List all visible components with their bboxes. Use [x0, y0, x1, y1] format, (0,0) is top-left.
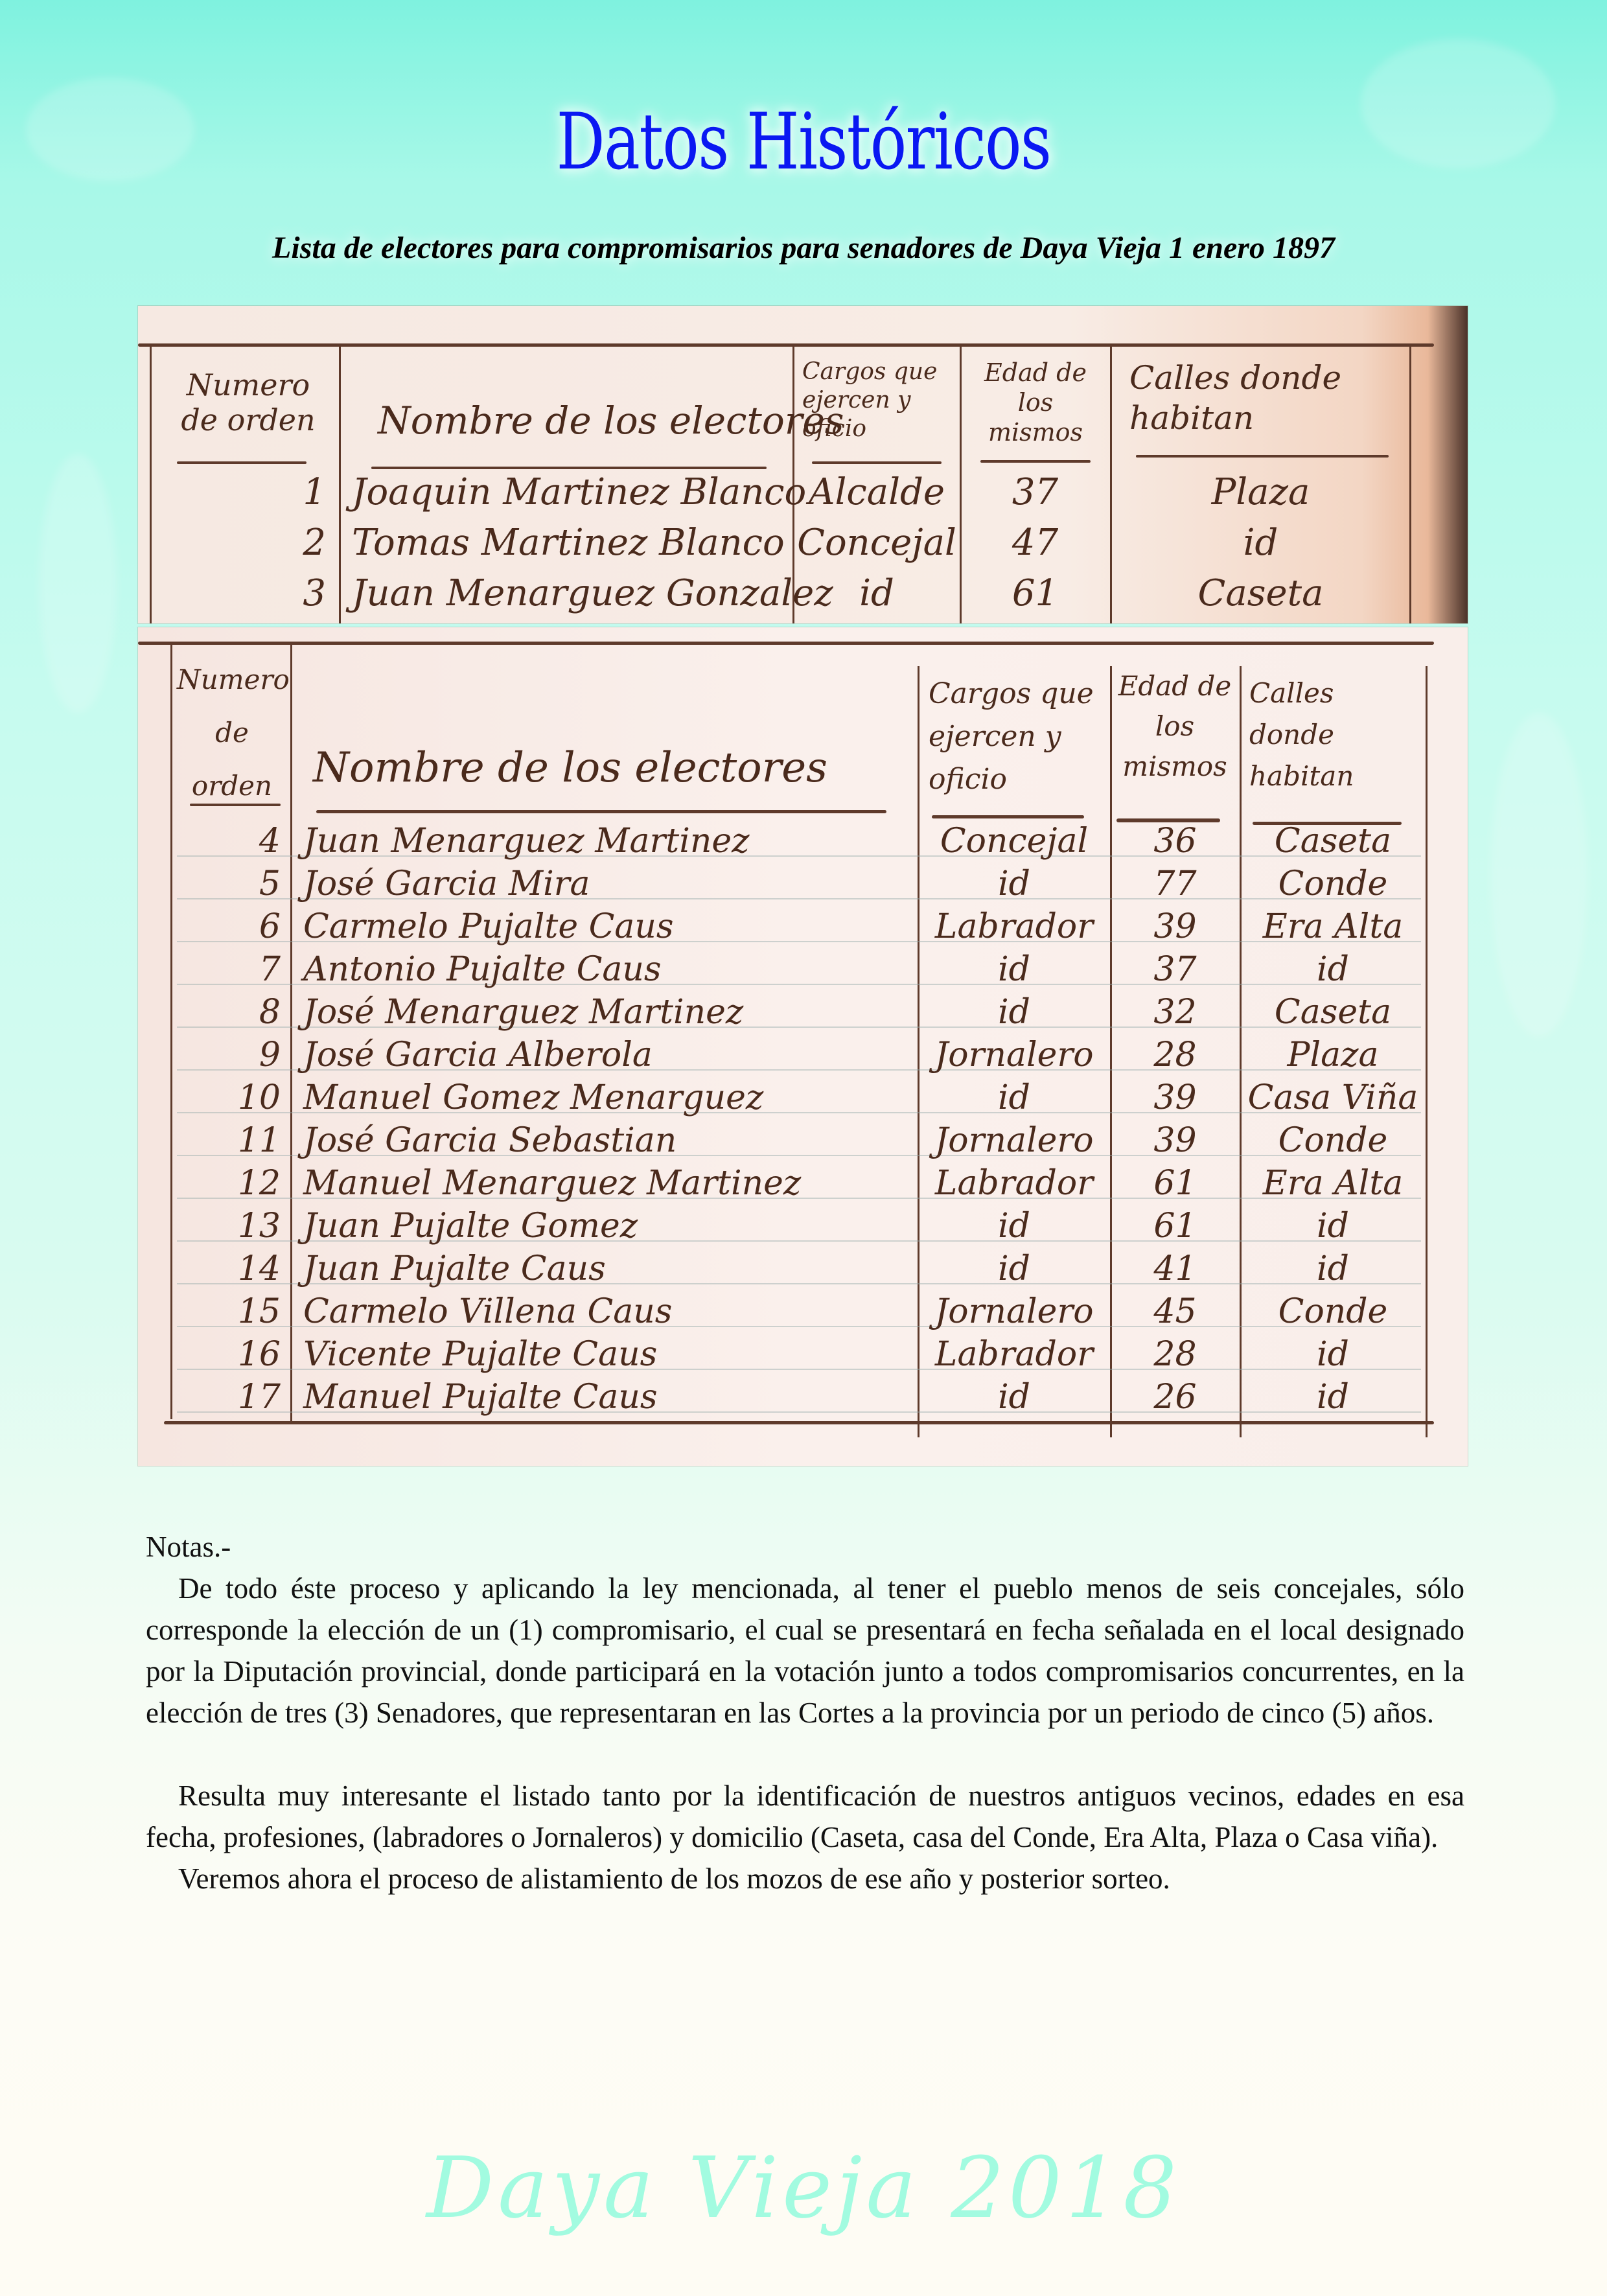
- header-underline: [932, 815, 1084, 818]
- elector-street: Casa Viña: [1242, 1078, 1424, 1117]
- elector-age: 41: [1112, 1249, 1238, 1288]
- elector-street: id: [1242, 950, 1424, 989]
- row-number: 5: [203, 864, 281, 903]
- elector-street: Conde: [1242, 1121, 1424, 1160]
- elector-age: 28: [1112, 1036, 1238, 1074]
- elector-name: José Menarguez Martinez: [303, 993, 743, 1032]
- notes-paragraph: Resulta muy interesante el listado tanto…: [146, 1775, 1464, 1858]
- elector-street: id: [1242, 1335, 1424, 1374]
- background-texture: [1490, 713, 1588, 1037]
- notes-section: Notas.- De todo éste proceso y aplicando…: [146, 1526, 1464, 1899]
- elector-name: Joaquin Martinez Blanco: [352, 471, 806, 513]
- row-number: 7: [203, 950, 281, 989]
- elector-cargo: id: [919, 1378, 1109, 1417]
- elector-name: Carmelo Villena Caus: [303, 1292, 673, 1331]
- column-divider: [170, 642, 172, 1419]
- column-divider: [1426, 666, 1428, 1437]
- elector-name: Juan Menarguez Martinez: [303, 822, 750, 861]
- header-numero: Numero de orden: [170, 367, 326, 437]
- elector-name: Juan Pujalte Caus: [303, 1249, 606, 1288]
- elector-cargo: id: [919, 1078, 1109, 1117]
- header-calle: Calles donde habitan: [1129, 358, 1402, 438]
- elector-cargo: Labrador: [919, 1164, 1109, 1203]
- elector-cargo: Concejal: [796, 522, 958, 564]
- header-underline: [812, 461, 942, 464]
- page-subtitle: Lista de electores para compromisarios p…: [0, 230, 1607, 266]
- elector-cargo: Jornalero: [919, 1292, 1109, 1331]
- notes-paragraph: De todo éste proceso y aplicando la ley …: [146, 1568, 1464, 1734]
- elector-street: Era Alta: [1242, 907, 1424, 946]
- elector-age: 47: [962, 522, 1108, 564]
- document-scan-part-2: Numero de orden Nombre de los electores …: [138, 627, 1468, 1466]
- elector-age: 61: [1112, 1207, 1238, 1246]
- header-nombre: Nombre de los electores: [313, 750, 827, 785]
- row-number: 10: [203, 1078, 281, 1117]
- elector-street: Conde: [1242, 1292, 1424, 1331]
- elector-street: Plaza: [1242, 1036, 1424, 1074]
- row-number: 6: [203, 907, 281, 946]
- elector-street: Caseta: [1113, 572, 1408, 614]
- header-calle: Calles donde habitan: [1249, 673, 1418, 797]
- elector-name: José Garcia Alberola: [303, 1036, 653, 1074]
- elector-name: Tomas Martinez Blanco: [352, 522, 785, 564]
- header-underline: [1136, 455, 1389, 458]
- elector-cargo: Jornalero: [919, 1036, 1109, 1074]
- elector-street: id: [1113, 522, 1408, 564]
- elector-cargo: id: [919, 950, 1109, 989]
- row-number: 13: [203, 1207, 281, 1246]
- column-divider: [339, 345, 341, 623]
- elector-cargo: Alcalde: [796, 471, 958, 513]
- background-texture: [39, 454, 117, 713]
- header-cargo: Cargos que ejercen y oficio: [929, 673, 1104, 801]
- column-divider: [1409, 345, 1411, 623]
- elector-name: Manuel Menarguez Martinez: [303, 1164, 801, 1203]
- elector-cargo: Labrador: [919, 907, 1109, 946]
- elector-cargo: id: [919, 1207, 1109, 1246]
- elector-street: id: [1242, 1378, 1424, 1417]
- elector-name: José Garcia Sebastian: [303, 1121, 676, 1160]
- elector-street: Conde: [1242, 864, 1424, 903]
- elector-age: 39: [1112, 907, 1238, 946]
- elector-street: Era Alta: [1242, 1164, 1424, 1203]
- elector-cargo: id: [919, 864, 1109, 903]
- table-bottom-rule: [164, 1421, 1434, 1424]
- row-number: 16: [203, 1335, 281, 1374]
- column-divider: [1110, 345, 1112, 623]
- elector-age: 37: [962, 471, 1108, 513]
- elector-name: Carmelo Pujalte Caus: [303, 907, 674, 946]
- row-number: 8: [203, 993, 281, 1032]
- elector-street: Caseta: [1242, 822, 1424, 861]
- row-number: 12: [203, 1164, 281, 1203]
- row-number: 1: [248, 471, 326, 513]
- row-number: 11: [203, 1121, 281, 1160]
- elector-cargo: id: [796, 572, 958, 614]
- elector-cargo: Jornalero: [919, 1121, 1109, 1160]
- row-number: 2: [248, 522, 326, 564]
- row-number: 9: [203, 1036, 281, 1074]
- column-divider: [960, 345, 962, 623]
- elector-age: 61: [962, 572, 1108, 614]
- elector-age: 61: [1112, 1164, 1238, 1203]
- notes-paragraph: Veremos ahora el proceso de alistamiento…: [146, 1858, 1464, 1899]
- elector-age: 39: [1112, 1078, 1238, 1117]
- elector-age: 37: [1112, 950, 1238, 989]
- elector-age: 39: [1112, 1121, 1238, 1160]
- elector-cargo: Labrador: [919, 1335, 1109, 1374]
- elector-name: Manuel Gomez Menarguez: [303, 1078, 763, 1117]
- elector-cargo: Concejal: [919, 822, 1109, 861]
- header-edad: Edad de los mismos: [971, 358, 1100, 447]
- elector-name: Vicente Pujalte Caus: [303, 1335, 657, 1374]
- header-underline: [371, 467, 767, 469]
- elector-street: id: [1242, 1207, 1424, 1246]
- elector-name: Antonio Pujalte Caus: [303, 950, 662, 989]
- elector-age: 77: [1112, 864, 1238, 903]
- column-divider: [290, 642, 292, 1421]
- elector-street: Caseta: [1242, 993, 1424, 1032]
- column-divider: [150, 345, 152, 623]
- row-number: 15: [203, 1292, 281, 1331]
- elector-street: id: [1242, 1249, 1424, 1288]
- page-title: Datos Históricos: [177, 97, 1430, 187]
- background-texture: [26, 78, 194, 181]
- row-number: 4: [203, 822, 281, 861]
- notes-heading: Notas.-: [146, 1526, 1464, 1568]
- header-underline: [190, 804, 281, 806]
- elector-age: 28: [1112, 1335, 1238, 1374]
- elector-age: 32: [1112, 993, 1238, 1032]
- elector-name: Juan Menarguez Gonzalez: [352, 572, 833, 614]
- elector-age: 45: [1112, 1292, 1238, 1331]
- header-underline: [980, 460, 1091, 463]
- elector-age: 26: [1112, 1378, 1238, 1417]
- row-number: 3: [248, 572, 326, 614]
- header-edad: Edad de los mismos: [1116, 666, 1233, 787]
- elector-name: José Garcia Mira: [303, 864, 590, 903]
- elector-cargo: id: [919, 1249, 1109, 1288]
- elector-cargo: id: [919, 993, 1109, 1032]
- elector-name: Juan Pujalte Gomez: [303, 1207, 638, 1246]
- header-numero: Numero de orden: [177, 653, 287, 813]
- elector-age: 36: [1112, 822, 1238, 861]
- header-underline: [177, 461, 306, 464]
- header-cargo: Cargos que ejercen y oficio: [802, 358, 951, 443]
- document-scan-part-1: Numero de orden Nombre de los electores …: [138, 306, 1468, 623]
- elector-street: Plaza: [1113, 471, 1408, 513]
- header-nombre: Nombre de los electores: [378, 403, 844, 438]
- row-number: 17: [203, 1378, 281, 1417]
- footer-signature: Daya Vieja 2018: [0, 2139, 1607, 2237]
- header-underline: [316, 810, 886, 813]
- row-number: 14: [203, 1249, 281, 1288]
- table-top-rule: [138, 642, 1434, 645]
- elector-name: Manuel Pujalte Caus: [303, 1378, 658, 1417]
- table-top-rule: [138, 343, 1434, 347]
